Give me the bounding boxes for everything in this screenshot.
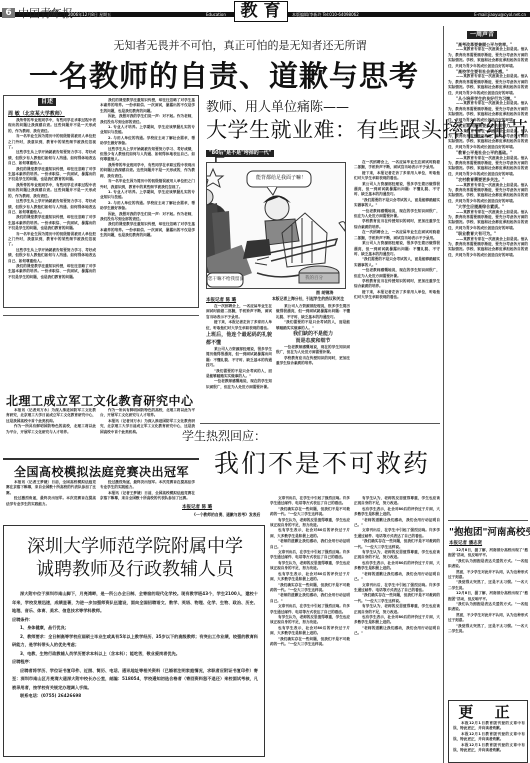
sidebar-article-author: 本报记者 潘志贤: [449, 540, 482, 546]
sidebar-quotes: "高考改革要兼顾公平与效率。"——某教育专家在一次座谈会上如是说。他认为，教育改…: [448, 42, 528, 495]
news1-body-col2: 作为一所具有鲜明国防特色的高校，北理工将以此为平台，开展军工文化研究与人才培养。…: [100, 408, 195, 454]
newspaper-logo: 中国青年报: [18, 5, 73, 21]
sidebar-article-headline: "抱抱团"河南高校受冷遇: [449, 524, 530, 538]
page-number: 6: [2, 8, 15, 18]
section-divider: [3, 315, 199, 316]
correction-title: 更 正: [449, 703, 527, 721]
lead-author: 周 敏（北京某大学教师）: [8, 110, 65, 117]
section-english: Education: [206, 12, 226, 17]
edition-date: 2006年12月8日 星期五: [68, 12, 111, 17]
news2-body-col2: 经过激烈角逐，最终决出冠军。本次竞赛旨在提高法学专业学生的实践能力。本报讯（记者…: [100, 480, 195, 520]
response-kicker: 学生热烈回应：: [182, 427, 266, 444]
ad-body: 深大附中位于深圳市南山脚下，月亮湾畔，是一所公办全日制、全寄宿的现代化学校。现有…: [12, 590, 258, 750]
lead-headline: 一名教师的自责、道歉与思考: [14, 58, 434, 94]
feature-subhead-1: 上班后，他连个最起码的礼貌都不懂: [206, 331, 272, 347]
editor-info: 本版编辑/李新玲 Tel:010-64098062: [292, 12, 359, 17]
news-divider: [3, 458, 199, 460]
speech-bubble-bottom: 您干嘛不给我留面子呢？: [208, 276, 244, 282]
correction-body: 本报12月1日教育版刊登的文章中有误，特此更正，并向读者致歉。本报12月1日教育…: [453, 721, 525, 759]
lead-body-col1: 我所带的毕业班同学中，有些同学在求职过程中表现出的问题让我深感自责。这些问题并不…: [8, 118, 96, 304]
response-headline: 我们不是不可救药: [214, 444, 430, 480]
feature-tag: "80后"是不是"垮掉的一代": [206, 150, 274, 157]
cartoon-drawing: [207, 163, 346, 289]
correction-box: 更 正 本报12月1日教育版刊登的文章中有误，特此更正，并向读者致歉。本报12月…: [448, 700, 528, 763]
lead-kicker: 无知者无畏并不可怕，真正可怕的是无知者还无所谓: [90, 37, 390, 53]
ad-contact-label: 联系电话：: [20, 693, 41, 698]
cartoon-caption: 本版记者上海分社，引起学生的热议和关注: [272, 296, 344, 302]
recruitment-ad: 深圳大学师范学院附属中学 诚聘教师及行政教辅人员 深大附中位于深圳市南山脚下，月…: [3, 525, 265, 757]
sidebar-article-body: 12月8日，据了解，河南部分高校出现了"抱抱团"活动，但反响平平。"我们认为拥抱…: [448, 548, 528, 693]
section-title: 教育: [234, 1, 288, 22]
news1-headline: 北理工成立军工文化教育研究中心: [6, 392, 194, 409]
sidebar-tag: 一周声音: [467, 31, 497, 39]
section-email: E-mail:jiaoyu@cyol.net.cn: [474, 12, 526, 17]
feature-body-col2: 某公司人力资源部经理说，很多学生简历做得很漂亮，但一到面试就暴露出问题：不懂礼貌…: [276, 304, 350, 416]
response-author: 本报记者 陈 璐: [182, 504, 212, 510]
speech-bubble-top: 能背都给足我面子嘛！: [251, 174, 311, 181]
feature-body-col1: 在一次招聘会上，一名应届毕业生在面试时跷着二郎腿，手机铃声不断，面试官当场表示不…: [206, 304, 272, 416]
response-body-col2: 文章刊出后，在学生中引起了强烈反响。许多学生通过邮件、电话等方式表达了自己的看法…: [270, 496, 350, 761]
ad-title-line1: 深圳大学师范学院附属中学: [4, 536, 266, 558]
response-body-col3: 有学生认为，老师的反思值得尊重，学生也应该正视自身的不足，努力改进。也有学生表示…: [354, 496, 440, 761]
feature-kicker: 教师、用人单位痛陈——: [206, 96, 349, 115]
news2-headline: 全国高校模拟法庭竞赛决出冠军: [14, 463, 189, 480]
feature-subhead-box-2: 而是态度和细节: [276, 338, 350, 345]
response-caption: 《一个教师的自责、道歉与思考》发表后: [192, 512, 260, 518]
feature-subhead-box-1: 我们缺的不是能力: [276, 331, 350, 338]
ad-contact-phone: (0755) 26426698: [41, 693, 81, 698]
masthead: 6 中国青年报 ///// 2006年12月8日 星期五 Education 教…: [0, 0, 530, 24]
cartoon-illustration: 能背都给足我面子嘛！ 您干嘛不给我留面子呢？ 我的百分: [206, 162, 346, 289]
ad-procedure-heading: 应聘程序：: [12, 658, 258, 667]
sidebar-divider: [448, 520, 528, 521]
feature-author: 本报记者 陈 璐: [206, 297, 236, 303]
ad-title-line2: 诚聘教师及行政教辅人员: [4, 559, 266, 581]
lead-tag: 自述: [38, 98, 56, 106]
lead-body-col2: 我们的课堂教学注重知识传授，却往往忽略了对学生基本素养的培养。一份求职信、一次面…: [100, 98, 195, 304]
news2-body-col1: 本报讯（记者王梦婕）日前，全国高校模拟法庭竞赛在京落下帷幕，来自全国数十所高校的…: [6, 480, 96, 520]
feature-body-col3: 在一次招聘会上，一名应届毕业生在面试时跷着二郎腿，手机铃声不断，面试官当场表示不…: [354, 160, 440, 415]
ad-requirements-heading: 应聘条件：: [12, 616, 258, 625]
response-divider: [200, 423, 440, 424]
news1-body-col1: 本报讯（记者刘万永）为深入推进国防军工文化教育研究，北京理工大学日前成立军工文化…: [6, 408, 96, 454]
decorative-slashes: /////: [48, 9, 58, 18]
basin-label: 我的百分: [305, 275, 323, 281]
